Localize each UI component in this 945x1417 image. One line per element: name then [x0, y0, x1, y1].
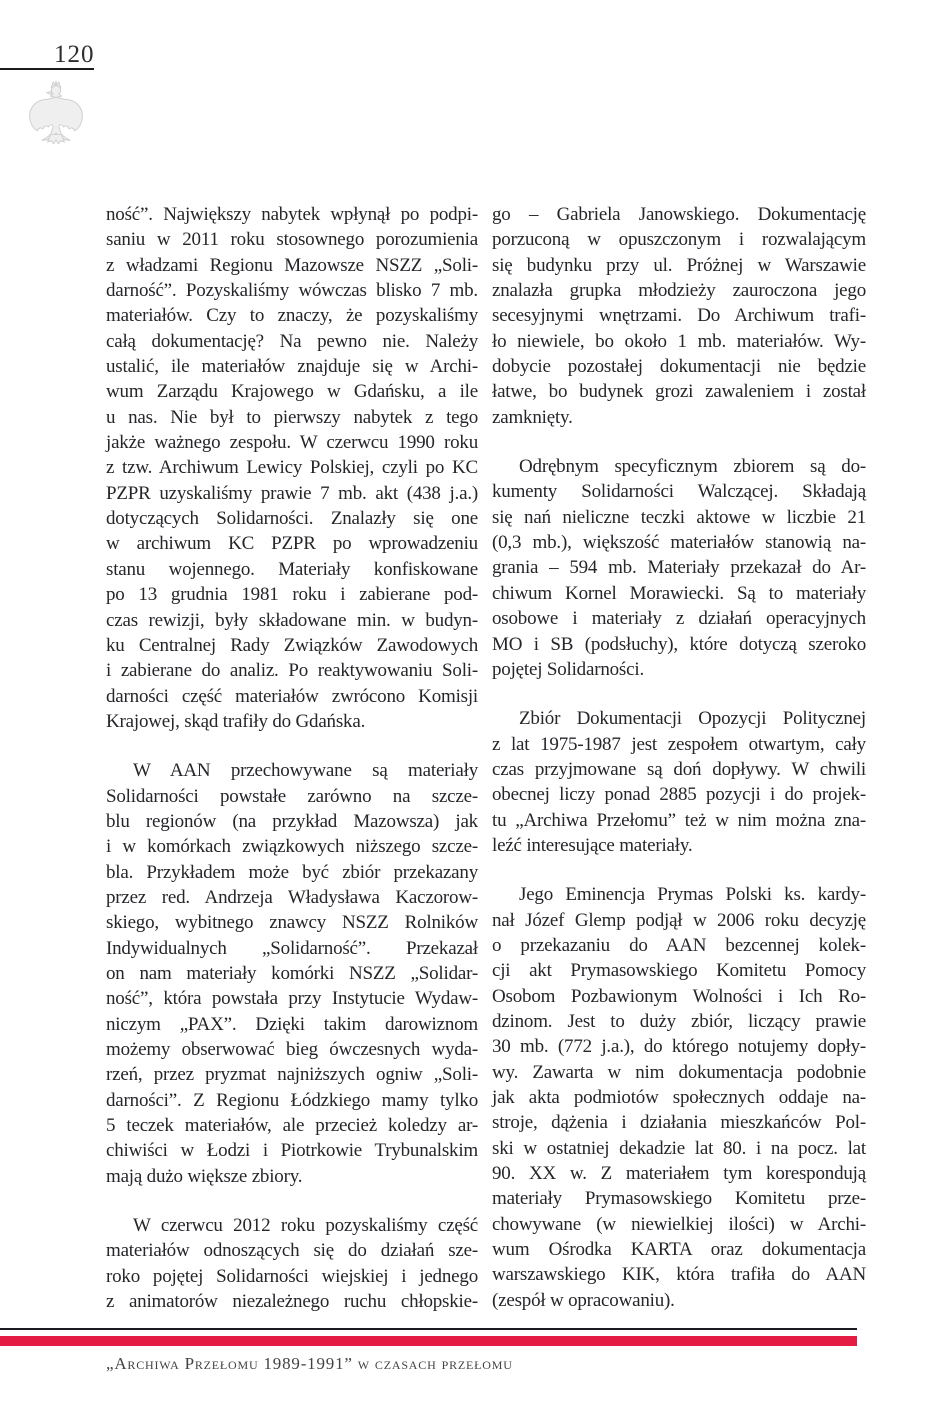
- text-line: porzuconą w opuszczonym i rozwalającym: [492, 227, 866, 252]
- text-line: (0,3 mb.), większość materiałów stanowią…: [492, 530, 866, 555]
- text-line: saniu w 2011 roku stosownego porozumieni…: [106, 227, 478, 252]
- text-line: dzinom. Jest to duży zbiór, liczący praw…: [492, 1009, 866, 1034]
- text-line: bla. Przykładem może być zbiór przekazan…: [106, 860, 478, 885]
- text-line: z animatorów niezależnego ruchu chłopski…: [106, 1289, 478, 1314]
- text-line: kumenty Solidarności Walczącej. Składają: [492, 479, 866, 504]
- text-line: możemy obserwować bieg ówczesnych wyda-: [106, 1037, 478, 1062]
- text-line: W AAN przechowywane są materiały: [106, 758, 478, 783]
- text-line: ło niewiele, bo około 1 mb. materiałów. …: [492, 329, 866, 354]
- text-line: jak akta podmiotów społecznych oddaje na…: [492, 1085, 866, 1110]
- text-line: czas przyjmowane są doń dopływy. W chwil…: [492, 757, 866, 782]
- text-line: blu regionów (na przykład Mazowsza) jak: [106, 809, 478, 834]
- footer-stripe-red: [0, 1336, 857, 1346]
- text-line: tu „Archiwa Przełomu” też w nim można zn…: [492, 808, 866, 833]
- text-line: 90. XX w. Z materiałem tym korespondują: [492, 1161, 866, 1186]
- text-line: Solidarności powstałe zarówno na szcze-: [106, 784, 478, 809]
- text-line: on nam materiały komórki NSZZ „Solidar-: [106, 961, 478, 986]
- text-line: materiały Prymasowskiego Komitetu prze-: [492, 1186, 866, 1211]
- text-line: Zbiór Dokumentacji Opozycji Politycznej: [492, 706, 866, 731]
- text-line: czas rewizji, były składowane min. w bud…: [106, 608, 478, 633]
- text-line: nał Józef Glemp podjął w 2006 roku decyz…: [492, 908, 866, 933]
- text-line: leźć interesujące materiały.: [492, 833, 866, 858]
- text-line: materiałów odnoszących się do działań sz…: [106, 1238, 478, 1263]
- text-line: PZPR uzyskaliśmy prawie 7 mb. akt (438 j…: [106, 481, 478, 506]
- text-line: cji akt Prymasowskiego Komitetu Pomocy: [492, 958, 866, 983]
- page-number: 120: [54, 41, 94, 69]
- paragraph: Jego Eminencja Prymas Polski ks. kardy-n…: [492, 882, 866, 1313]
- text-line: secesyjnymi wnętrzami. Do Archiwum trafi…: [492, 303, 866, 328]
- paragraph: Zbiór Dokumentacji Opozycji Politycznejz…: [492, 706, 866, 858]
- text-line: rzeń, przez pryzmat najniższych ogniw „S…: [106, 1062, 478, 1087]
- text-line: chiwiści w Łodzi i Piotrkowie Trybunalsk…: [106, 1138, 478, 1163]
- text-line: skiego, wybitnego znawcy NSZZ Rolników: [106, 910, 478, 935]
- text-line: darności część materiałów zwrócono Komis…: [106, 684, 478, 709]
- text-line: i w komórkach związkowych niższego szcze…: [106, 834, 478, 859]
- document-page: 120 ność”. Największy nabytek wpłynął po…: [0, 0, 945, 1417]
- text-line: stanu wojennego. Materiały konfiskowane: [106, 557, 478, 582]
- text-line: z lat 1975-1987 jest zespołem otwartym, …: [492, 732, 866, 757]
- text-line: osobowe i materiały z działań operacyjny…: [492, 606, 866, 631]
- text-line: po 13 grudnia 1981 roku i zabierane pod-: [106, 582, 478, 607]
- text-line: Krajowej, skąd trafiły do Gdańska.: [106, 709, 478, 734]
- text-line: się budynku przy ul. Próżnej w Warszawie: [492, 253, 866, 278]
- text-column-left: ność”. Największy nabytek wpłynął po pod…: [106, 202, 478, 1314]
- footer-running-title: „Archiwa Przełomu 1989-1991” w czasach p…: [106, 1354, 513, 1374]
- text-line: niczym „PAX”. Dzięki takim darowiznom: [106, 1012, 478, 1037]
- text-line: grania – 594 mb. Materiały przekazał do …: [492, 555, 866, 580]
- text-line: zamknięty.: [492, 405, 866, 430]
- text-line: W czerwcu 2012 roku pozyskaliśmy część: [106, 1213, 478, 1238]
- paragraph: ność”. Największy nabytek wpłynął po pod…: [106, 202, 478, 734]
- paragraph: Odrębnym specyficznym zbiorem są do-kume…: [492, 454, 866, 682]
- paragraph: W czerwcu 2012 roku pozyskaliśmy częśćma…: [106, 1213, 478, 1314]
- text-line: ność”, która powstała przy Instytucie Wy…: [106, 986, 478, 1011]
- paragraph: go – Gabriela Janowskiego. Dokumentacjęp…: [492, 202, 866, 430]
- text-line: Jego Eminencja Prymas Polski ks. kardy-: [492, 882, 866, 907]
- text-column-right: go – Gabriela Janowskiego. Dokumentacjęp…: [492, 202, 866, 1313]
- text-line: i zabierane do analiz. Po reaktywowaniu …: [106, 658, 478, 683]
- text-line: ku Centralnej Rady Związków Zawodowych: [106, 633, 478, 658]
- text-line: jakże ważnego zespołu. W czerwcu 1990 ro…: [106, 430, 478, 455]
- text-line: Indywidualnych „Solidarność”. Przekazał: [106, 936, 478, 961]
- text-line: Odrębnym specyficznym zbiorem są do-: [492, 454, 866, 479]
- text-line: go – Gabriela Janowskiego. Dokumentację: [492, 202, 866, 227]
- text-line: z tzw. Archiwum Lewicy Polskiej, czyli p…: [106, 455, 478, 480]
- text-line: dobycie pozostałej dokumentacji nie będz…: [492, 354, 866, 379]
- text-line: obecnej liczy ponad 2885 pozycji i do pr…: [492, 782, 866, 807]
- header-rule: [0, 68, 94, 70]
- text-line: wum Zarządu Krajowego w Gdańsku, a ile: [106, 379, 478, 404]
- text-line: mają dużo większe zbiory.: [106, 1164, 478, 1189]
- text-line: ność”. Największy nabytek wpłynął po pod…: [106, 202, 478, 227]
- text-line: materiałów. Czy to znaczy, że pozyskaliś…: [106, 303, 478, 328]
- text-line: chiwum Kornel Morawiecki. Są to materiał…: [492, 581, 866, 606]
- polish-eagle-emblem-icon: [25, 80, 87, 144]
- text-line: MO i SB (podsłuchy), które dotyczą szero…: [492, 632, 866, 657]
- text-line: stroje, dążenia i działania mieszkańców …: [492, 1110, 866, 1135]
- text-line: z władzami Regionu Mazowsze NSZZ „Soli-: [106, 253, 478, 278]
- text-line: wy. Zawarta w nim dokumentacja podobnie: [492, 1060, 866, 1085]
- footer-rule-dark: [0, 1328, 857, 1330]
- text-line: przez red. Andrzeja Władysława Kaczorow-: [106, 885, 478, 910]
- text-line: roko pojętej Solidarności wiejskiej i je…: [106, 1264, 478, 1289]
- text-line: znalazła grupka młodzieży zauroczona jeg…: [492, 278, 866, 303]
- text-line: pojętej Solidarności.: [492, 657, 866, 682]
- text-line: w archiwum KC PZPR po wprowadzeniu: [106, 531, 478, 556]
- text-line: darność”. Pozyskaliśmy wówczas blisko 7 …: [106, 278, 478, 303]
- text-line: darności”. Z Regionu Łódzkiego mamy tylk…: [106, 1088, 478, 1113]
- text-line: chowywane (w niewielkiej ilości) w Archi…: [492, 1212, 866, 1237]
- text-line: dotyczących Solidarności. Znalazły się o…: [106, 506, 478, 531]
- text-line: całą dokumentację? Na pewno nie. Należy: [106, 329, 478, 354]
- text-line: warszawskiego KIK, która trafiła do AAN: [492, 1262, 866, 1287]
- text-line: się nań nieliczne teczki aktowe w liczbi…: [492, 505, 866, 530]
- text-line: ustalić, ile materiałów znajduje się w A…: [106, 354, 478, 379]
- paragraph: W AAN przechowywane są materiałySolidarn…: [106, 758, 478, 1189]
- text-line: 5 teczek materiałów, ale przecież koledz…: [106, 1113, 478, 1138]
- text-line: Osobom Pozbawionym Wolności i Ich Ro-: [492, 984, 866, 1009]
- text-line: wum Ośrodka KARTA oraz dokumentacja: [492, 1237, 866, 1262]
- text-line: o przekazaniu do AAN bezcennej kolek-: [492, 933, 866, 958]
- text-line: ski w ostatniej dekadzie lat 80. i na po…: [492, 1136, 866, 1161]
- text-line: łatwe, bo budynek grozi zawaleniem i zos…: [492, 379, 866, 404]
- text-line: 30 mb. (772 j.a.), do którego notujemy d…: [492, 1034, 866, 1059]
- text-line: u nas. Nie był to pierwszy nabytek z teg…: [106, 405, 478, 430]
- text-line: (zespół w opracowaniu).: [492, 1288, 866, 1313]
